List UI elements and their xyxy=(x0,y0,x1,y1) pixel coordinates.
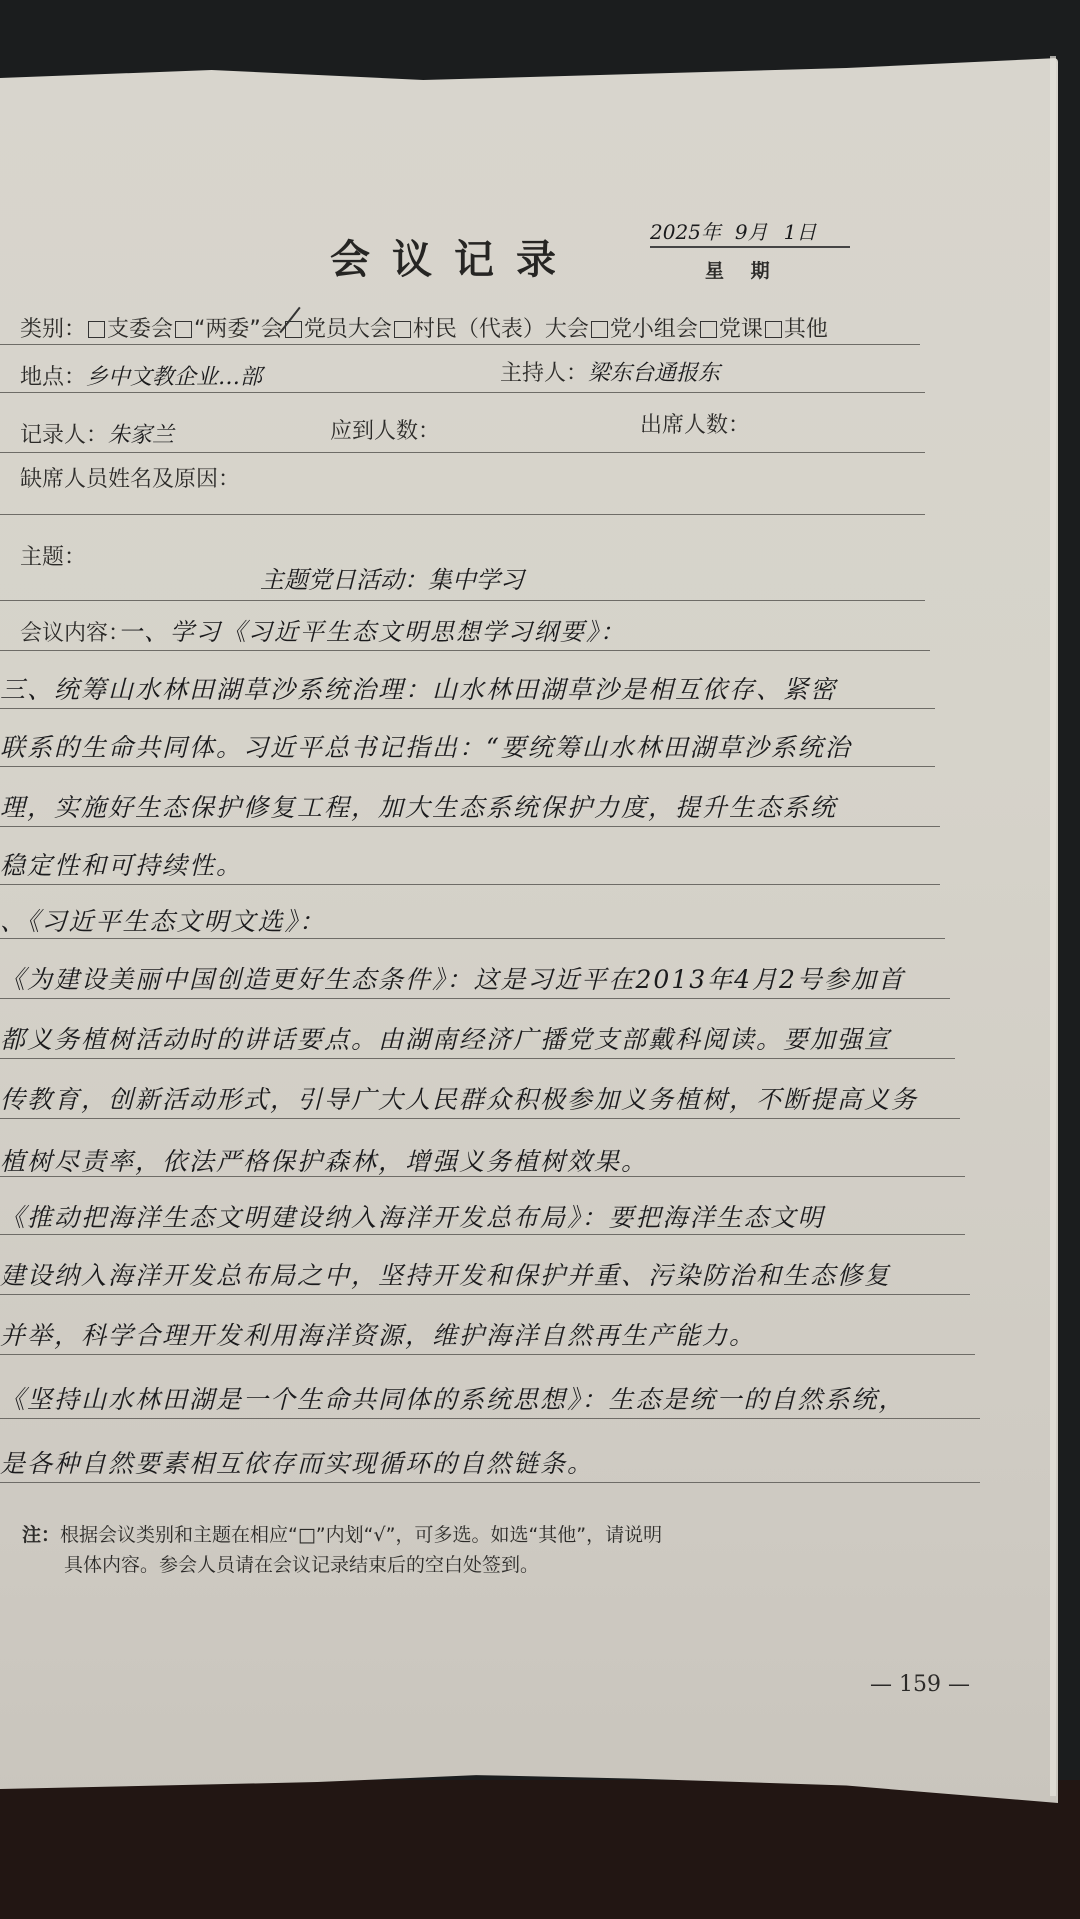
divider xyxy=(0,938,945,939)
date-day: 1 xyxy=(784,220,797,244)
option-branch-committee: 支委会 xyxy=(107,317,173,342)
content-line: 《为建设美丽中国创造更好生态条件》：这是习近平在2013年4月2号参加首 xyxy=(0,960,905,996)
date-day-label: 日 xyxy=(796,220,816,244)
location-value[interactable]: 乡中文教企业…部 xyxy=(86,365,262,390)
absentees-label: 缺席人员姓名及原因： xyxy=(20,467,240,492)
page-title: 会议记录 xyxy=(330,228,578,285)
location-label: 地点： xyxy=(20,365,86,390)
divider xyxy=(0,600,925,601)
option-party-lecture: 党课 xyxy=(719,317,763,342)
expected-attendance-field: 应到人数： xyxy=(330,414,440,445)
content-line: 《推动把海洋生态文明建设纳入海洋开发总布局》：要把海洋生态文明 xyxy=(0,1198,825,1234)
option-party-members-meeting: 党员大会 xyxy=(304,317,392,342)
expected-attendance-label: 应到人数： xyxy=(330,419,440,444)
checkbox-villagers-meeting[interactable] xyxy=(394,321,411,338)
option-party-group-meeting: 党小组会 xyxy=(610,317,698,342)
checkbox-party-group-meeting[interactable] xyxy=(591,321,608,338)
divider xyxy=(0,884,940,885)
date-month-label: 月 xyxy=(748,220,768,244)
option-two-committees: “两委”会 xyxy=(194,317,283,342)
content-line: 传教育，创新活动形式，引导广大人民群众积极参加义务植树，不断提高义务 xyxy=(0,1080,918,1116)
recorder-field: 记录人：朱家兰 xyxy=(20,418,174,449)
absentees-field: 缺席人员姓名及原因： xyxy=(20,462,240,493)
divider xyxy=(0,344,920,345)
content-line: 联系的生命共同体。习近平总书记指出：“要统筹山水林田湖草沙系统治 xyxy=(0,728,852,764)
divider xyxy=(0,514,925,515)
actual-attendance-label: 出席人数： xyxy=(640,413,750,438)
content-line: 《坚持山水林田湖是一个生命共同体的系统思想》：生态是统一的自然系统， xyxy=(0,1380,906,1416)
checkbox-party-lecture[interactable] xyxy=(700,321,717,338)
recorder-label: 记录人： xyxy=(20,423,108,448)
divider xyxy=(0,1482,980,1483)
date-field: 2025年9月1日 xyxy=(650,216,850,248)
divider xyxy=(0,1118,960,1119)
content-line: 理，实施好生态保护修复工程，加大生态系统保护力度，提升生态系统 xyxy=(0,788,837,824)
topic-value[interactable]: 主题党日活动：集中学习 xyxy=(260,560,524,595)
content-line: 一、学习《习近平生态文明思想学习纲要》： xyxy=(118,612,626,647)
content-line: 是各种自然要素相互依存而实现循环的自然链条。 xyxy=(0,1444,594,1480)
divider xyxy=(0,1354,975,1355)
weekday-label: 星 期 xyxy=(705,256,780,283)
content-line: 并举，科学合理开发利用海洋资源，维护海洋自然再生产能力。 xyxy=(0,1316,756,1352)
host-label: 主持人： xyxy=(500,361,588,386)
background-bottom xyxy=(0,1780,1080,1919)
checkbox-party-members-meeting[interactable] xyxy=(285,321,302,338)
content-label: 会议内容： xyxy=(20,616,130,647)
divider xyxy=(0,650,930,651)
checkbox-other[interactable] xyxy=(765,321,782,338)
divider xyxy=(0,826,940,827)
content-line: 都义务植树活动时的讲话要点。由湖南经济广播党支部戴科阅读。要加强宣 xyxy=(0,1020,891,1056)
content-line: 、《习近平生态文明文选》： xyxy=(0,902,326,938)
date-month: 9 xyxy=(735,220,748,244)
note-line-1: 根据会议类别和主题在相应“□”内划“√”，可多选。如选“其他”，请说明 xyxy=(60,1524,662,1546)
divider xyxy=(0,392,925,393)
date-year: 2025 xyxy=(650,220,701,244)
divider xyxy=(0,708,935,709)
note-prefix: 注： xyxy=(22,1524,60,1546)
content-line: 三、统筹山水林田湖草沙系统治理：山水林田湖草沙是相互依存、紧密 xyxy=(0,670,837,706)
divider xyxy=(0,1294,970,1295)
content-line: 建设纳入海洋开发总布局之中，坚持开发和保护并重、污染防治和生态修复 xyxy=(0,1256,891,1292)
divider xyxy=(0,1418,980,1419)
date-year-label: 年 xyxy=(701,220,721,244)
divider xyxy=(0,452,925,453)
page-number: — 159 — xyxy=(870,1672,970,1697)
checkbox-branch-committee[interactable] xyxy=(88,321,105,338)
category-label: 类别： xyxy=(20,317,86,342)
category-row: 类别：支委会“两委”会党员大会村民（代表）大会党小组会党课其他 xyxy=(20,312,828,343)
actual-attendance-field: 出席人数： xyxy=(640,408,750,439)
divider xyxy=(0,1176,965,1177)
paper-edge xyxy=(1050,56,1056,1796)
host-field: 主持人：梁东台通报东 xyxy=(500,356,720,387)
divider xyxy=(0,998,950,999)
host-value[interactable]: 梁东台通报东 xyxy=(588,361,720,386)
option-other: 其他 xyxy=(784,317,828,342)
footnote: 注：根据会议类别和主题在相应“□”内划“√”，可多选。如选“其他”，请说明 具体… xyxy=(22,1520,662,1580)
divider xyxy=(0,1058,955,1059)
checkbox-two-committees[interactable] xyxy=(175,321,192,338)
divider xyxy=(0,766,935,767)
content-line: 稳定性和可持续性。 xyxy=(0,846,243,882)
option-villagers-meeting: 村民（代表）大会 xyxy=(413,317,589,342)
content-line: 植树尽责率，依法严格保护森林，增强义务植树效果。 xyxy=(0,1142,648,1178)
location-field: 地点：乡中文教企业…部 xyxy=(20,360,262,391)
divider xyxy=(0,1234,965,1235)
recorder-value[interactable]: 朱家兰 xyxy=(108,423,174,448)
note-line-2: 具体内容。参会人员请在会议记录结束后的空白处签到。 xyxy=(22,1550,662,1580)
topic-label: 主题： xyxy=(20,540,86,571)
